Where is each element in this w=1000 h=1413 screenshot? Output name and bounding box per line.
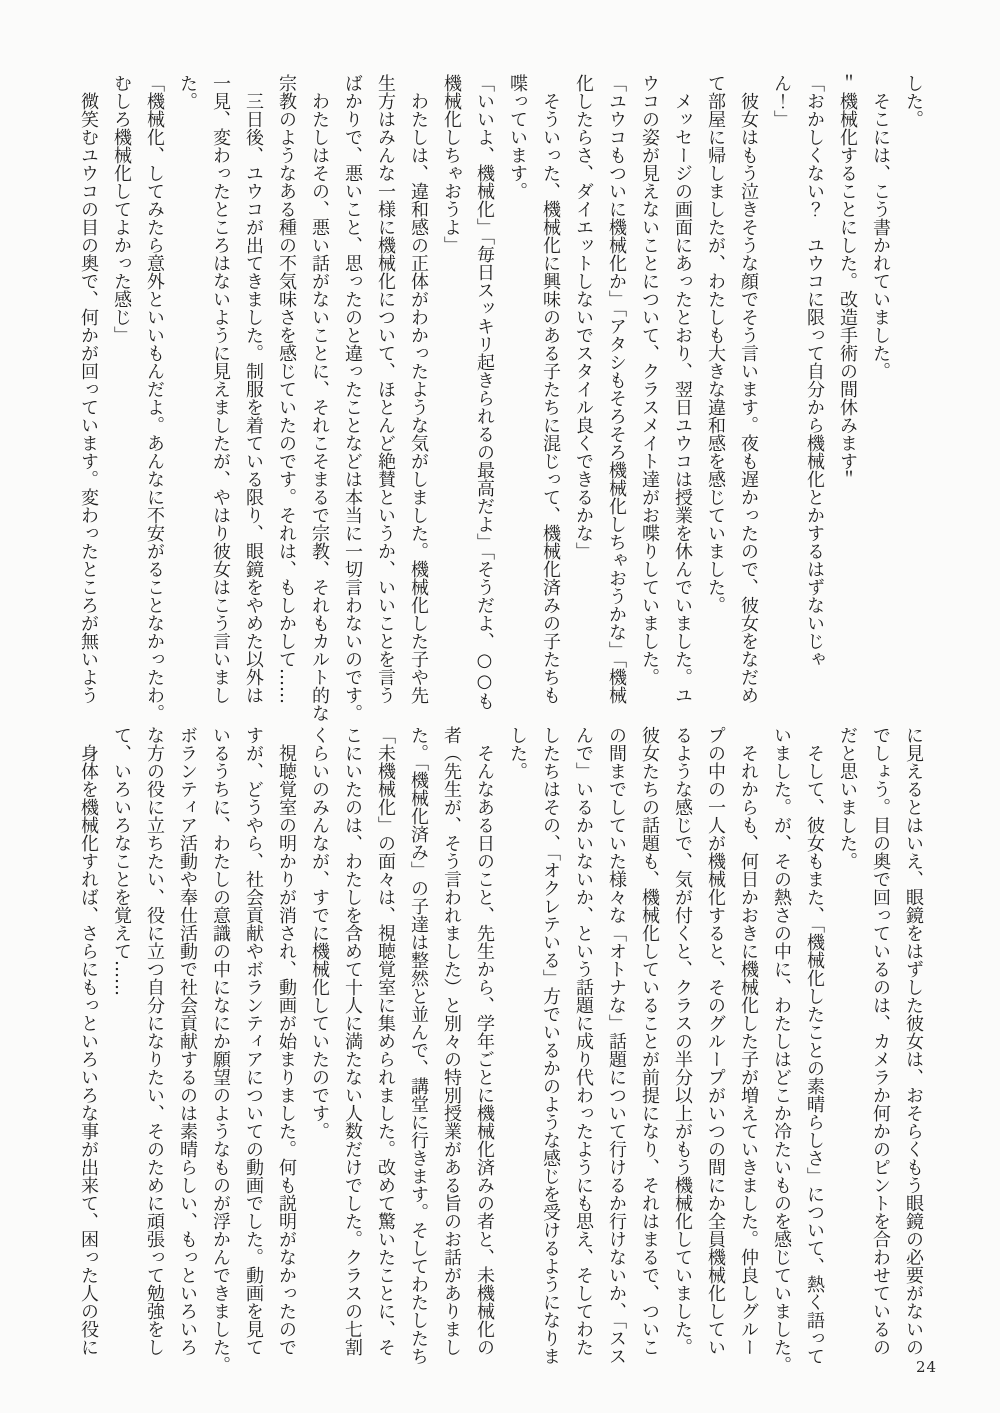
text-column: 身体を機械化すれば、さらにもっといろいろな事が出来て、困った人の役に	[72, 726, 105, 1378]
text-column: んで」いるかいないか、という話題に成り代わったようにも思え、そしてわた	[567, 726, 600, 1378]
text-column: でしょう。目の奥で回っているのは、カメラか何かのピントを合わせているの	[864, 726, 897, 1378]
text-column: 「おかしくない？ ユウコに限って自分から機械化とかするはずないじゃ	[798, 74, 831, 726]
page-number: 24	[916, 1358, 937, 1376]
text-column: 「いいよ、機械化」「毎日スッキリ起きられるの最高だよ」「そうだよ、○○も	[468, 74, 501, 726]
text-column: 生方はみんな一様に機械化について、ほとんど絶賛というか、いいことを言う	[369, 74, 402, 726]
text-column: た。	[171, 74, 204, 726]
text-column: て部屋に帰しましたが、わたしも大きな違和感を感じていました。	[699, 74, 732, 726]
text-block-bottom: に見えるとはいえ、眼鏡をはずした彼女は、おそらくもう眼鏡の必要がないのでしょう。…	[72, 726, 930, 1378]
text-column: すが、どうやら、社会貢献やボランティアについての動画でした。動画を見て	[237, 726, 270, 1378]
text-column: 機械化しちゃおうよ」	[435, 74, 468, 726]
text-column: 「ユウコもついに機械化か」「アタシもそろそろ機械化しちゃおうかな」「機械	[600, 74, 633, 726]
text-column: 彼女はもう泣きそうな顔でそう言います。夜も遅かったので、彼女をなだめ	[732, 74, 765, 726]
text-column: そういった、機械化に興味のある子たちに混じって、機械化済みの子たちも	[534, 74, 567, 726]
text-column: 喋っています。	[501, 74, 534, 726]
text-column: わたしはその、悪い話がないことに、それこそまるで宗教、それもカルト的な	[303, 74, 336, 726]
text-column: 者（先生が、そう言われました）と別々の特別授業がある旨のお話がありまし	[435, 726, 468, 1378]
text-column: むしろ機械化してよかった感じ」	[105, 74, 138, 726]
text-column: 宗教のようなある種の不気味さを感じていたのです。それは、もしかして……	[270, 74, 303, 726]
text-column: いるうちに、わたしの意識の中になにか願望のようなものが浮かんできました。	[204, 726, 237, 1378]
text-column: メッセージの画面にあったとおり、翌日ユウコは授業を休んでいました。ユ	[666, 74, 699, 726]
text-column: ウコの姿が見えないことについて、クラスメイト達がお喋りしていました。	[633, 74, 666, 726]
text-column: た。「機械化済み」の子達は整然と並んで、講堂に行きます。そしてわたしたち	[402, 726, 435, 1378]
text-column: て、いろいろなことを覚えて……	[105, 726, 138, 1378]
text-column: な方の役に立ちたい、役に立つ自分になりたい、そのために頑張って勉強をし	[138, 726, 171, 1378]
text-column: ばかりで、悪いこと、思ったのと違ったことなどは本当に一切言わないのです。	[336, 74, 369, 726]
text-column: それからも、何日かおきに機械化した子が増えていきました。仲良しグルー	[732, 726, 765, 1378]
text-column: そんなある日のこと、先生から、学年ごとに機械化済みの者と、未機械化の	[468, 726, 501, 1378]
document-page: した。そこには、こう書かれていました。＂機械化することにした。改造手術の間休みま…	[0, 0, 1000, 1413]
text-column: 彼女たちの話題も、機械化していることが前提になり、それはまるで、ついこ	[633, 726, 666, 1378]
text-column: ＂機械化することにした。改造手術の間休みます＂	[831, 74, 864, 726]
text-column: 視聴覚室の明かりが消され、動画が始まりました。何も説明がなかったので	[270, 726, 303, 1378]
text-column: るような感じで、気が付くと、クラスの半分以上がもう機械化していました。	[666, 726, 699, 1378]
text-column: 化したらさ、ダイエットしないでスタイル良くできるかな」	[567, 74, 600, 726]
text-column: わたしは、違和感の正体がわかったような気がしました。機械化した子や先	[402, 74, 435, 726]
text-column: の間までしていた様々な「オトナな」話題について行けるか行けないか、「スス	[600, 726, 633, 1378]
text-column: 「未機械化」の面々は、視聴覚室に集められました。改めて驚いたことに、そ	[369, 726, 402, 1378]
text-column: だと思いました。	[831, 726, 864, 1378]
text-column: に見えるとはいえ、眼鏡をはずした彼女は、おそらくもう眼鏡の必要がないの	[897, 726, 930, 1378]
text-column: そこには、こう書かれていました。	[864, 74, 897, 726]
text-column: した。	[897, 74, 930, 726]
text-column: ん！」	[765, 74, 798, 726]
text-column: こにいたのは、わたしを含めて十人に満たない人数だけでした。クラスの七割	[336, 726, 369, 1378]
text-column: 三日後、ユウコが出てきました。制服を着ている限り、眼鏡をやめた以外は	[237, 74, 270, 726]
text-column: したちはその、「オクレテいる」方でいるかのような感じを受けるようになりま	[534, 726, 567, 1378]
text-column: 「機械化、してみたら意外といいもんだよ。あんなに不安がることなかったわ。	[138, 74, 171, 726]
text-column: 微笑むユウコの目の奥で、何かが回っています。変わったところが無いよう	[72, 74, 105, 726]
text-column: プの中の一人が機械化すると、そのグループがいつの間にか全員機械化してい	[699, 726, 732, 1378]
text-column: した。	[501, 726, 534, 1378]
text-column: 一見、変わったところはないように見えましたが、やはり彼女はこう言いまし	[204, 74, 237, 726]
text-block-top: した。そこには、こう書かれていました。＂機械化することにした。改造手術の間休みま…	[72, 74, 930, 726]
text-column: くらいのみんなが、すでに機械化していたのです。	[303, 726, 336, 1378]
text-column: いました。が、その熱さの中に、わたしはどこか冷たいものを感じていました。	[765, 726, 798, 1378]
text-column: ボランティア活動や奉仕活動で社会貢献するのは素晴らしい、もっといろいろ	[171, 726, 204, 1378]
text-column: そして、彼女もまた、「機械化したことの素晴らしさ」について、熱く語って	[798, 726, 831, 1378]
